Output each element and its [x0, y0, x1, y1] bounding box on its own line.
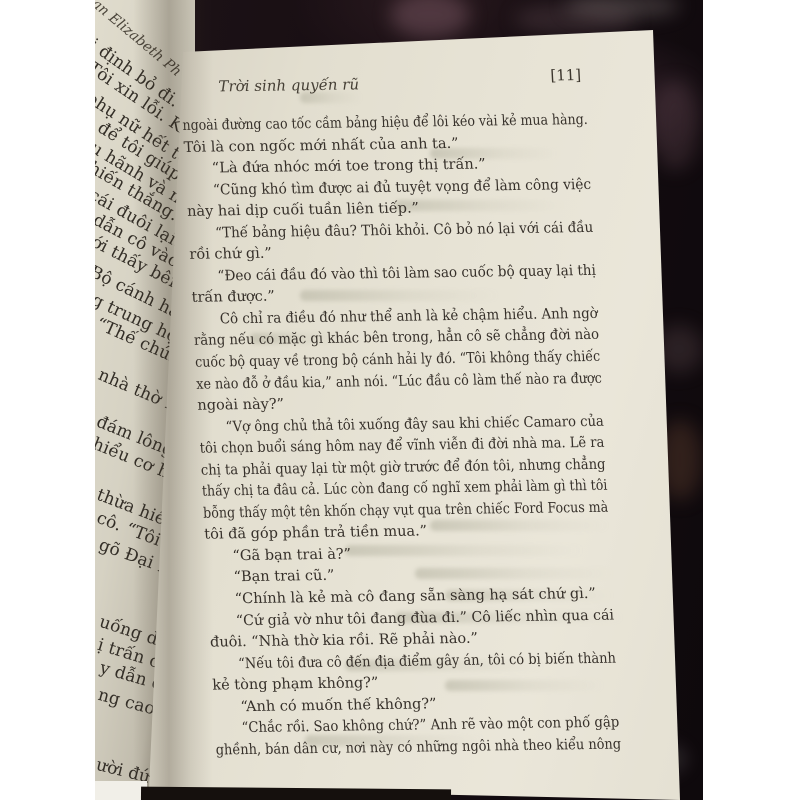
- background-bokeh: [390, 0, 470, 38]
- book-photo: an Elizabeth Ph i định bỏ đi.Tôi xin lỗi…: [95, 0, 703, 800]
- text-line: ghềnh, bán dân cư, nơi này có những ngôi…: [215, 734, 621, 762]
- page-header: Trời sinh quyến rũ [11]: [180, 72, 586, 102]
- page-text-block: Trời sinh quyến rũ [11] ngoài đường cao …: [180, 72, 621, 762]
- body-text: ngoài đường cao tốc cầm bảng hiệu để lôi…: [182, 110, 621, 762]
- photo-canvas: an Elizabeth Ph i định bỏ đi.Tôi xin lỗi…: [0, 0, 800, 800]
- table-shadow: [141, 787, 451, 800]
- background-bokeh: [651, 80, 699, 170]
- page-number: [11]: [550, 66, 582, 84]
- running-header-title: Trời sinh quyến rũ: [218, 75, 360, 95]
- page-edge-highlight: [95, 781, 147, 800]
- right-page: Trời sinh quyến rũ [11] ngoài đường cao …: [95, 0, 703, 800]
